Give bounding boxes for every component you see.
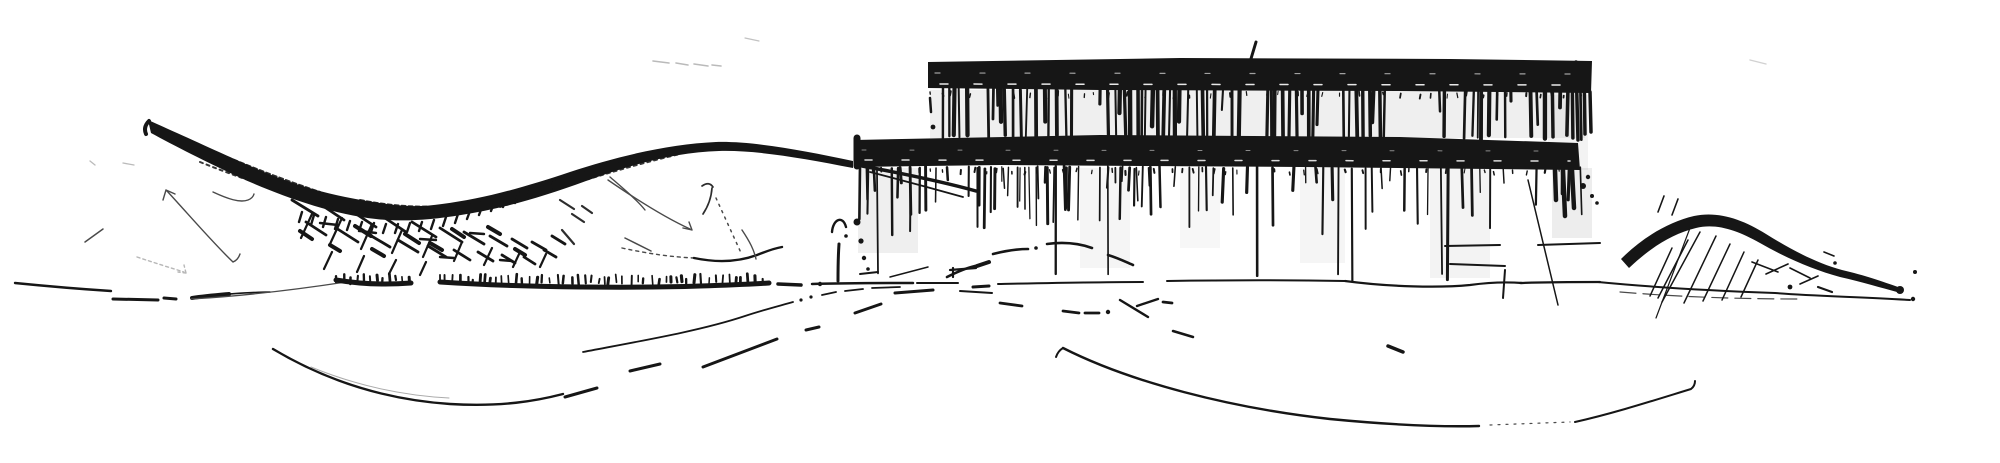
hill-above-dashes [1658,196,1678,215]
drip-line [1349,88,1350,136]
drip-line [1115,87,1116,137]
drip-line [1152,89,1153,126]
drip-line [1047,168,1048,224]
drip-line [1390,167,1391,181]
hill-tail-blob [1896,286,1904,294]
right-vert-below-ground [1503,270,1505,298]
ground-seg-2 [812,283,913,284]
left-arrow-doodle [163,190,240,262]
drip-line [1313,89,1314,138]
drip-line [859,168,860,219]
drip-line [1417,167,1418,223]
tick-line [1037,168,1038,173]
mid-arrow-doodle [608,180,692,230]
dune-hatch-edge [560,200,592,244]
tick-line [1304,170,1305,175]
right-sweep-arc-hook [1056,348,1063,357]
drip-line [1293,166,1294,190]
drip-line [1029,167,1030,218]
tick-line [676,277,677,282]
hill-upper-dot [1913,270,1917,274]
drip-line [1352,169,1353,281]
tick-line [1092,170,1093,173]
drip-line [1580,89,1581,139]
drip-line [1322,168,1323,235]
drip-line [1317,88,1318,124]
tick-line [652,276,653,285]
band-right-dot [1580,183,1586,189]
drip-line [1567,90,1568,135]
tick-line [1193,169,1194,173]
drip-line [1289,89,1290,139]
sapling-stem [838,244,839,281]
drip-line [1338,167,1339,275]
mid-squiggle [702,184,713,214]
drip-line [1129,168,1130,190]
tick-line [563,276,564,283]
tick-line [1025,172,1026,175]
tick-line [616,274,617,282]
drip-dot [862,256,866,260]
building-lower-band [855,135,1580,170]
drip-line [1069,167,1070,210]
right-hill-ridge [1621,215,1898,292]
tick-line [1545,169,1546,172]
tick-line [1493,172,1494,175]
tick-line [1362,170,1363,173]
drip-line [1004,90,1005,136]
tick-line [1214,169,1215,174]
band1-dot [931,125,936,130]
pencil-marks-left [90,161,134,165]
tick-line [1383,92,1384,94]
band-right-dot [1590,194,1594,198]
left-sweep-arc [273,349,563,405]
mound-diag [890,267,928,277]
mound-thick-dash [977,262,989,266]
hill-side-dot [1833,261,1837,265]
pencil-dashes-top [653,61,721,66]
drip-line [1197,87,1198,136]
mid-dotted-diagonal [716,198,742,255]
drip-line [1163,89,1164,137]
drip-line [1174,167,1175,186]
sketch-svg [0,0,2000,463]
drip-line [1239,87,1240,139]
left-gray-arrow [137,257,186,273]
dashdot-x-mark [1120,299,1158,317]
drip-line [1187,87,1188,137]
drip-line [1008,167,1009,195]
building-upper-band [928,58,1592,93]
tick-line [537,277,538,284]
drip-line [877,168,878,273]
drip-line [1462,168,1463,208]
drip-dot [858,238,863,243]
tick-line [1401,171,1402,175]
drip-line [1202,86,1203,138]
interband-wash [930,90,1585,138]
ground-dash-4 [973,286,989,287]
tick-line [1173,95,1174,99]
drip-line [1122,166,1123,181]
tick-line [578,275,579,285]
drip-line [1370,90,1371,136]
left-ground-dashes [113,298,176,300]
tick-line [1210,94,1211,98]
ground-under-hill [1598,282,1910,300]
band-right-dot [1586,175,1590,179]
ground-seg-6 [1167,280,1345,281]
drip-line [947,167,948,179]
drip-line [1472,168,1473,215]
tick-line [988,91,989,96]
right-dash-2 [1388,346,1403,352]
drip-line [1552,89,1553,137]
drip-line [1003,168,1004,188]
tick-line [1030,93,1031,97]
tick-line [549,278,550,283]
tick-line [558,275,559,285]
tick-line [1127,92,1128,96]
tick-line [1076,168,1077,171]
tick-line [1484,170,1485,172]
ground-seg-8 [1520,282,1600,283]
tick-line [970,94,971,97]
drip-line [1222,89,1223,110]
drip-line [1247,167,1248,192]
road-line-dashed [565,290,933,397]
ground-dash-1 [778,284,801,285]
drip-line [1142,167,1143,207]
drip-line [1568,168,1569,200]
drip-line [1222,169,1223,203]
tick-line [1526,171,1527,175]
drip-line [867,167,868,214]
tick-line [1307,94,1308,97]
tick-line [974,168,975,172]
sketch-figure [0,0,2000,463]
road-line-thin-dashes [822,287,900,295]
pencil-dash-topright [1750,60,1766,64]
tick-line [1359,91,1360,96]
mound-t-mark [950,268,976,277]
cluster-dot [1106,310,1110,314]
drip-line [1120,168,1121,219]
pencil-dash-top-2 [745,38,759,41]
band1-dot [934,140,938,144]
drip-line [1045,167,1046,182]
ground-end-dot [818,282,822,286]
tick-line [1317,169,1318,174]
drip-line [1472,89,1473,136]
tick-line [950,91,951,95]
drip-line [1372,167,1373,212]
drip-line [1214,89,1215,139]
tick-line [747,274,748,283]
ground-below-dash [960,291,992,293]
drip-line [1480,167,1481,192]
tick-line [516,274,517,284]
tick-line [1068,94,1069,98]
tick-line [1400,93,1401,97]
tick-line [1497,93,1498,95]
drip-line [1206,167,1207,210]
band1-left-tick [930,98,931,112]
drip-line [984,169,985,228]
right-sweep-arc-rise [1575,381,1695,422]
drip-line [1053,168,1054,223]
road-dot [809,295,812,298]
drip-line [1428,167,1429,214]
drip-line [1447,169,1448,280]
drip-line [993,89,994,119]
drip-line [1160,166,1161,207]
right-sweep-arc [1063,348,1479,426]
drip-line [1020,90,1021,137]
left-dune-ridge [148,120,853,220]
drip-line [1150,167,1151,214]
wash-col-3 [1180,168,1220,248]
tick-line [585,275,586,283]
tick-line [1109,93,1110,98]
drip-line [1441,168,1442,274]
left-hook-curve [213,192,254,201]
drip-line [1136,168,1137,201]
drip-line [1384,90,1385,140]
drip-line [1439,88,1440,111]
mound-dot [1034,246,1038,250]
drip-dot [866,267,870,271]
tick-line [480,275,481,283]
tick-line [1050,170,1051,173]
drip-line [1464,87,1465,139]
tick-line [1289,172,1290,175]
tick-line [700,274,701,284]
hill-wavy-dot [1788,285,1793,290]
farleft-ground-line [15,283,111,291]
drip-line [1356,88,1357,137]
tick-line [1420,95,1421,99]
tick-line [1466,91,1467,96]
sapling-dot [844,234,848,238]
drip-line [959,87,960,137]
mid-small-curve [742,230,756,259]
hill-tail-dot [1911,297,1915,301]
right-dash-1 [1173,331,1193,337]
mid-ucurve-solid [694,247,782,261]
tick-line [1154,169,1155,173]
tick-line [1345,170,1346,173]
tick-line [599,279,600,283]
drip-line [1107,167,1108,187]
drip-line [1572,88,1573,138]
ground-wavy-7 [1345,281,1522,287]
tick-line [681,276,682,282]
drip-line [1372,87,1373,123]
wash-col-2 [1080,168,1130,268]
tick-line [1446,169,1447,173]
drip-line [1536,88,1537,124]
drip-line [1530,89,1531,136]
drip-line [954,87,955,135]
tick-line [1063,170,1064,173]
road-dot [799,298,802,301]
mid-ucurve-dotted [622,248,694,258]
drip-dot [854,219,861,226]
drip-line [1296,89,1297,139]
tick-line [591,276,592,282]
tick-line [943,93,944,96]
tick-line [1013,93,1014,98]
ground-scratch-a [336,280,411,284]
mound-left-dash [860,272,878,274]
ground-seg-5 [998,282,1143,284]
tick-line [659,279,660,285]
left-slash-mark [85,229,103,242]
band-right-dot [1595,201,1599,205]
drip-line [1169,90,1170,136]
drip-line [1149,168,1150,186]
wash-col-5 [1430,168,1490,278]
drip-line [1065,88,1066,136]
tick-line [395,276,396,280]
drip-line [1124,89,1125,138]
tick-line [1046,94,1047,99]
drip-line [1536,168,1537,204]
right-sweep-arc-dotted [1490,422,1570,425]
sapling-arch [832,220,846,232]
dune-tip-cap [145,121,149,134]
tick-line [1540,95,1541,98]
drip-line [1273,168,1274,225]
drip-line [1380,87,1381,139]
tick-line [1267,91,1268,95]
drip-line [1078,166,1079,219]
tick-line [694,275,695,283]
